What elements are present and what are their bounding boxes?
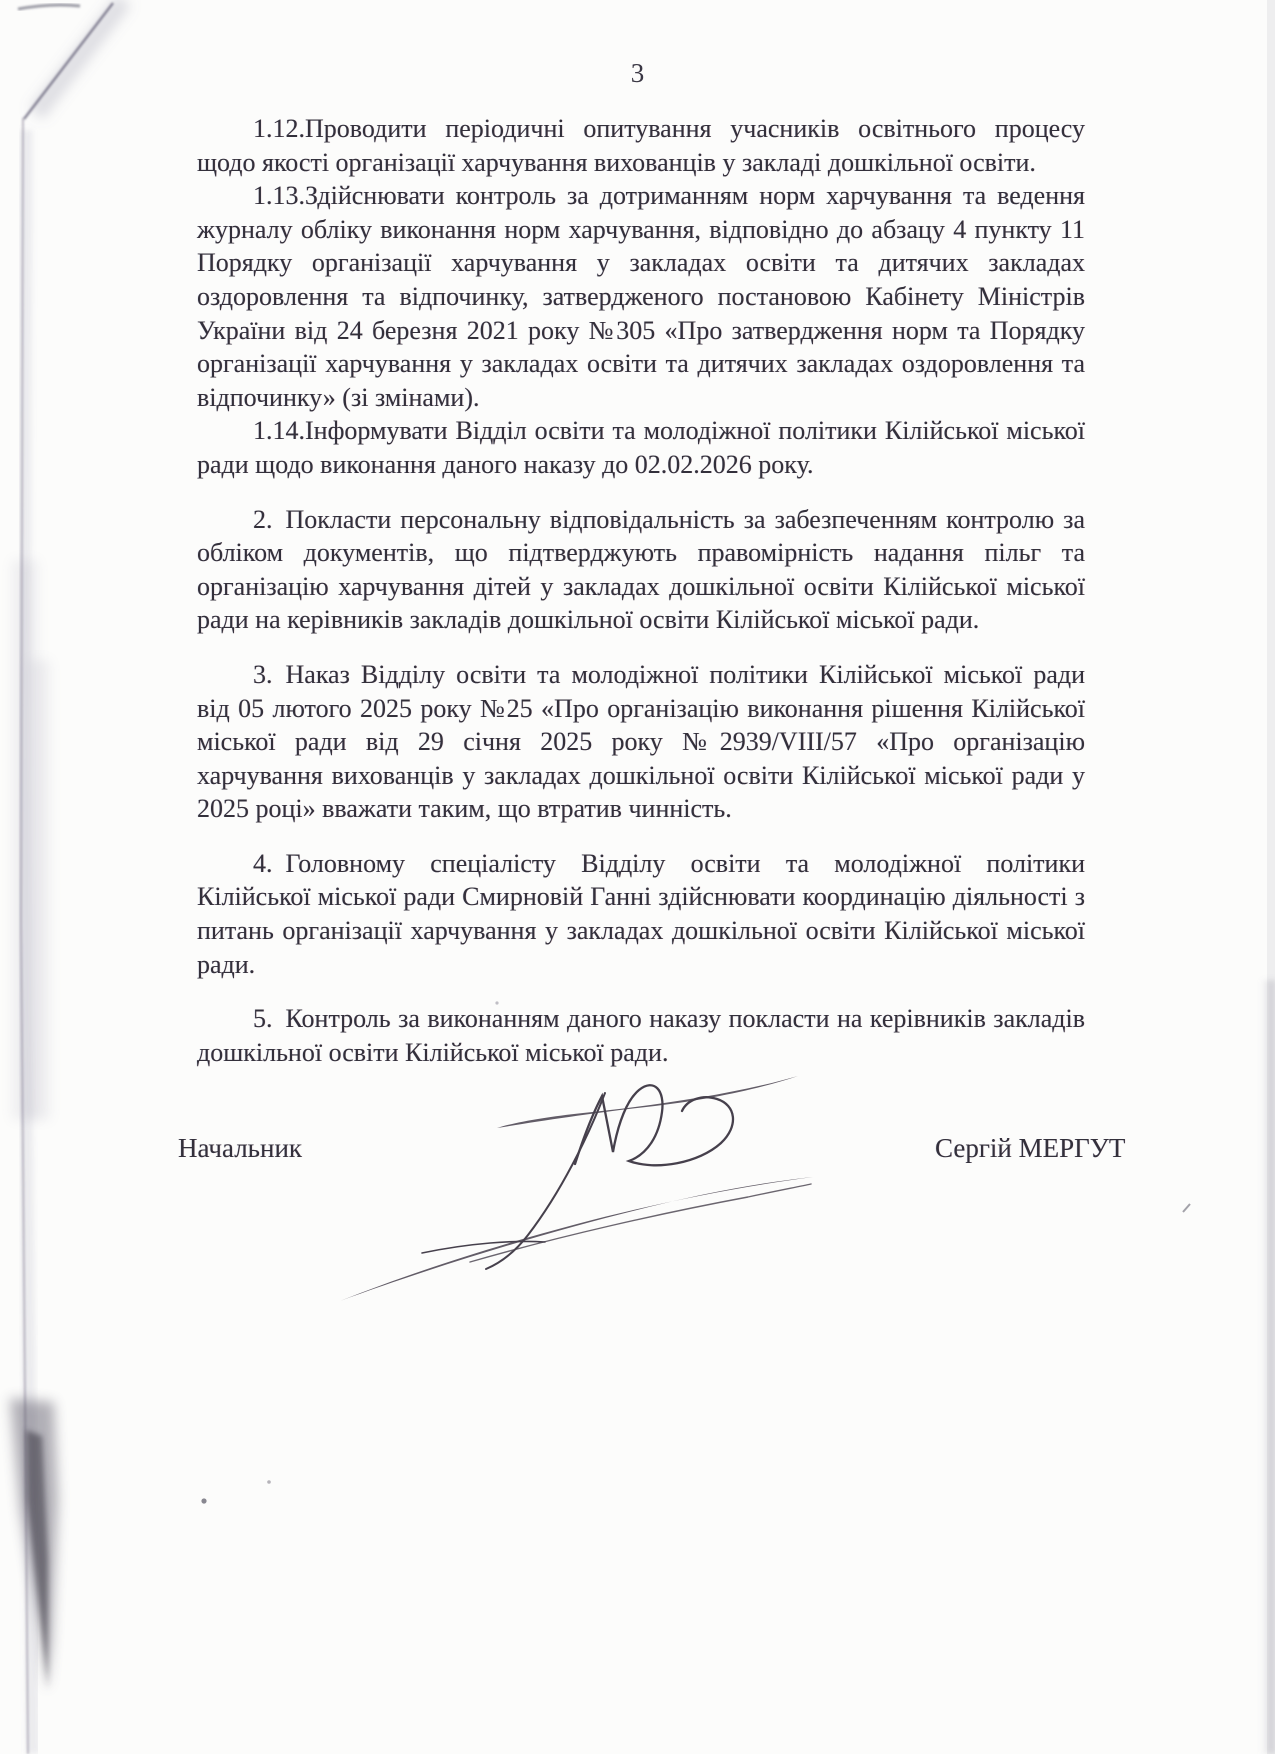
paragraph-1-13: 1.13.Здійснювати контроль за дотриманням… (197, 179, 1085, 414)
paragraph-2: 2. Покласти персональну відповідальність… (197, 503, 1085, 637)
paragraph-5: 5. Контроль за виконанням даного наказу … (197, 1002, 1085, 1069)
scanned-document-page: 3 1.12.Проводити періодичні опитування у… (0, 0, 1275, 1754)
signatory-title: Начальник (178, 1133, 302, 1164)
page-number: 3 (0, 58, 1275, 89)
paragraph-3: 3. Наказ Відділу освіти та молодіжної по… (197, 658, 1085, 826)
paragraph-1-14: 1.14.Інформувати Відділ освіти та молоді… (197, 414, 1085, 481)
paragraph-4: 4. Головному спеціалісту Відділу освіти … (197, 847, 1085, 981)
document-body: 1.12.Проводити періодичні опитування уча… (197, 112, 1085, 1069)
signatory-name: Сергій МЕРГУТ (935, 1133, 1125, 1164)
paragraph-1-12: 1.12.Проводити періодичні опитування уча… (197, 112, 1085, 179)
